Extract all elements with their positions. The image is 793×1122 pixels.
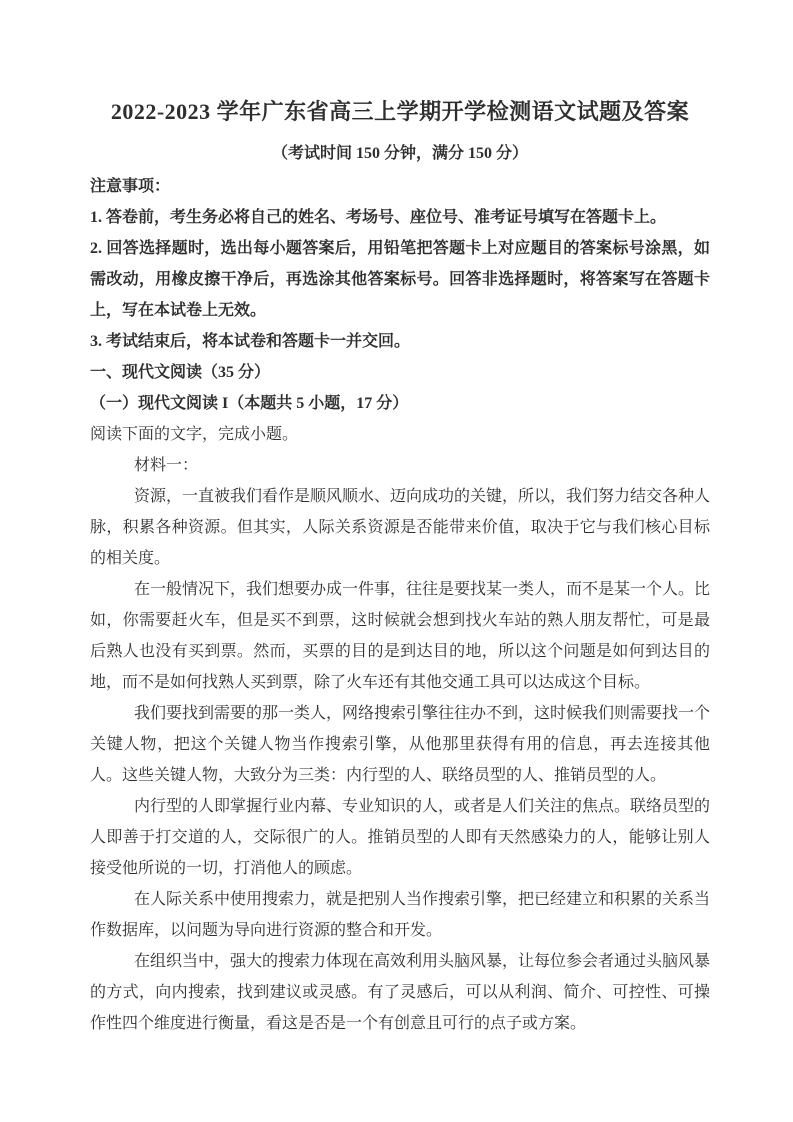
notice-item: 1. 答卷前，考生务必将自己的姓名、考场号、座位号、准考证号填写在答题卡上。: [90, 202, 710, 233]
material-one-paragraphs: 资源，一直被我们看作是顺风顺水、迈向成功的关键，所以，我们努力结交各种人脉，积累…: [90, 481, 710, 1039]
material-one-label: 材料一：: [90, 450, 710, 481]
material-paragraph: 在人际关系中使用搜索力，就是把别人当作搜索引擎，把已经建立和积累的关系当作数据库…: [90, 884, 710, 946]
exam-document-page: 2022-2023 学年广东省高三上学期开学检测语文试题及答案 （考试时间 15…: [0, 0, 793, 1122]
reading-instruction: 阅读下面的文字，完成小题。: [90, 419, 710, 450]
notice-item: 3. 考试结束后，将本试卷和答题卡一并交回。: [90, 326, 710, 357]
material-paragraph: 内行型的人即掌握行业内幕、专业知识的人，或者是人们关注的焦点。联络员型的人即善于…: [90, 791, 710, 884]
material-paragraph: 资源，一直被我们看作是顺风顺水、迈向成功的关键，所以，我们努力结交各种人脉，积累…: [90, 481, 710, 574]
document-title: 2022-2023 学年广东省高三上学期开学检测语文试题及答案: [90, 96, 710, 128]
exam-time-score-info: （考试时间 150 分钟，满分 150 分）: [90, 138, 710, 169]
section-heading-modern-reading: 一、现代文阅读（35 分）: [90, 357, 710, 388]
notice-item: 2. 回答选择题时，选出每小题答案后，用铅笔把答题卡上对应题目的答案标号涂黑，如…: [90, 233, 710, 326]
material-paragraph: 在一般情况下，我们想要办成一件事，往往是要找某一类人，而不是某一个人。比如，你需…: [90, 574, 710, 698]
notice-heading: 注意事项：: [90, 171, 710, 202]
subsection-heading-reading-1: （一）现代文阅读 I（本题共 5 小题，17 分）: [90, 388, 710, 419]
material-paragraph: 在组织当中，强大的搜索力体现在高效利用头脑风暴，让每位参会者通过头脑风暴的方式，…: [90, 946, 710, 1039]
notice-list: 1. 答卷前，考生务必将自己的姓名、考场号、座位号、准考证号填写在答题卡上。2.…: [90, 202, 710, 357]
material-paragraph: 我们要找到需要的那一类人，网络搜索引擎往往办不到，这时候我们则需要找一个关键人物…: [90, 698, 710, 791]
